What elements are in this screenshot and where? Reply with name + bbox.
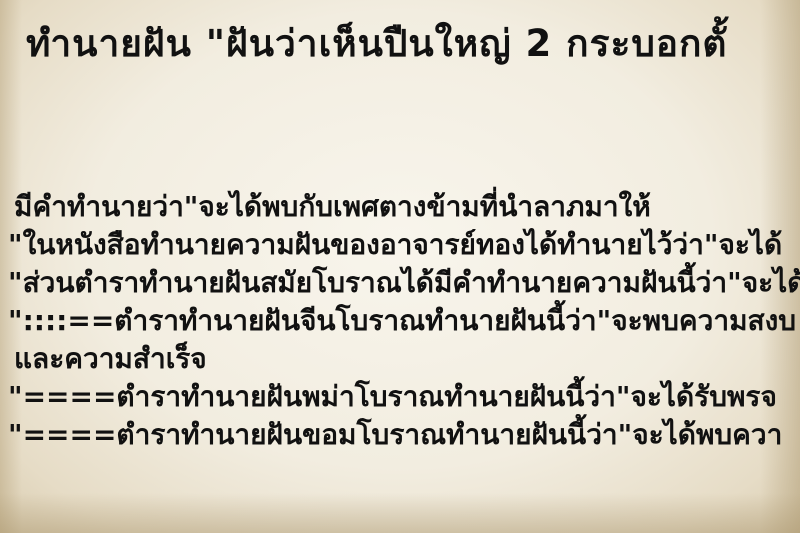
prediction-text: มีคำทำนายว่า"จะได้พบกับเพศตางข้ามที่นำลา… xyxy=(0,188,800,454)
prediction-line: มีคำทำนายว่า"จะได้พบกับเพศตางข้ามที่นำลา… xyxy=(0,188,800,226)
prediction-line: "====ตำราทำนายฝันขอมโบราณทำนายฝันนี้ว่า"… xyxy=(0,416,800,454)
prediction-line: "::::==ตำราทำนายฝันจีนโบราณทำนายฝันนี้ว่… xyxy=(0,302,800,340)
prediction-line: "====ตำราทำนายฝันพม่าโบราณทำนายฝันนี้ว่า… xyxy=(0,378,800,416)
prediction-line: และความสำเร็จ xyxy=(0,340,800,378)
page-title: ทำนายฝัน "ฝันว่าเห็นปืนใหญ่ 2 กระบอกตั้ xyxy=(26,14,727,73)
prediction-line: "ส่วนตำราทำนายฝันสมัยโบราณได้มีคำทำนายคว… xyxy=(0,264,800,302)
prediction-line: "ในหนังสือทำนายความฝันของอาจารย์ทองได้ทำ… xyxy=(0,226,800,264)
paper-edge-bottom xyxy=(0,493,800,533)
